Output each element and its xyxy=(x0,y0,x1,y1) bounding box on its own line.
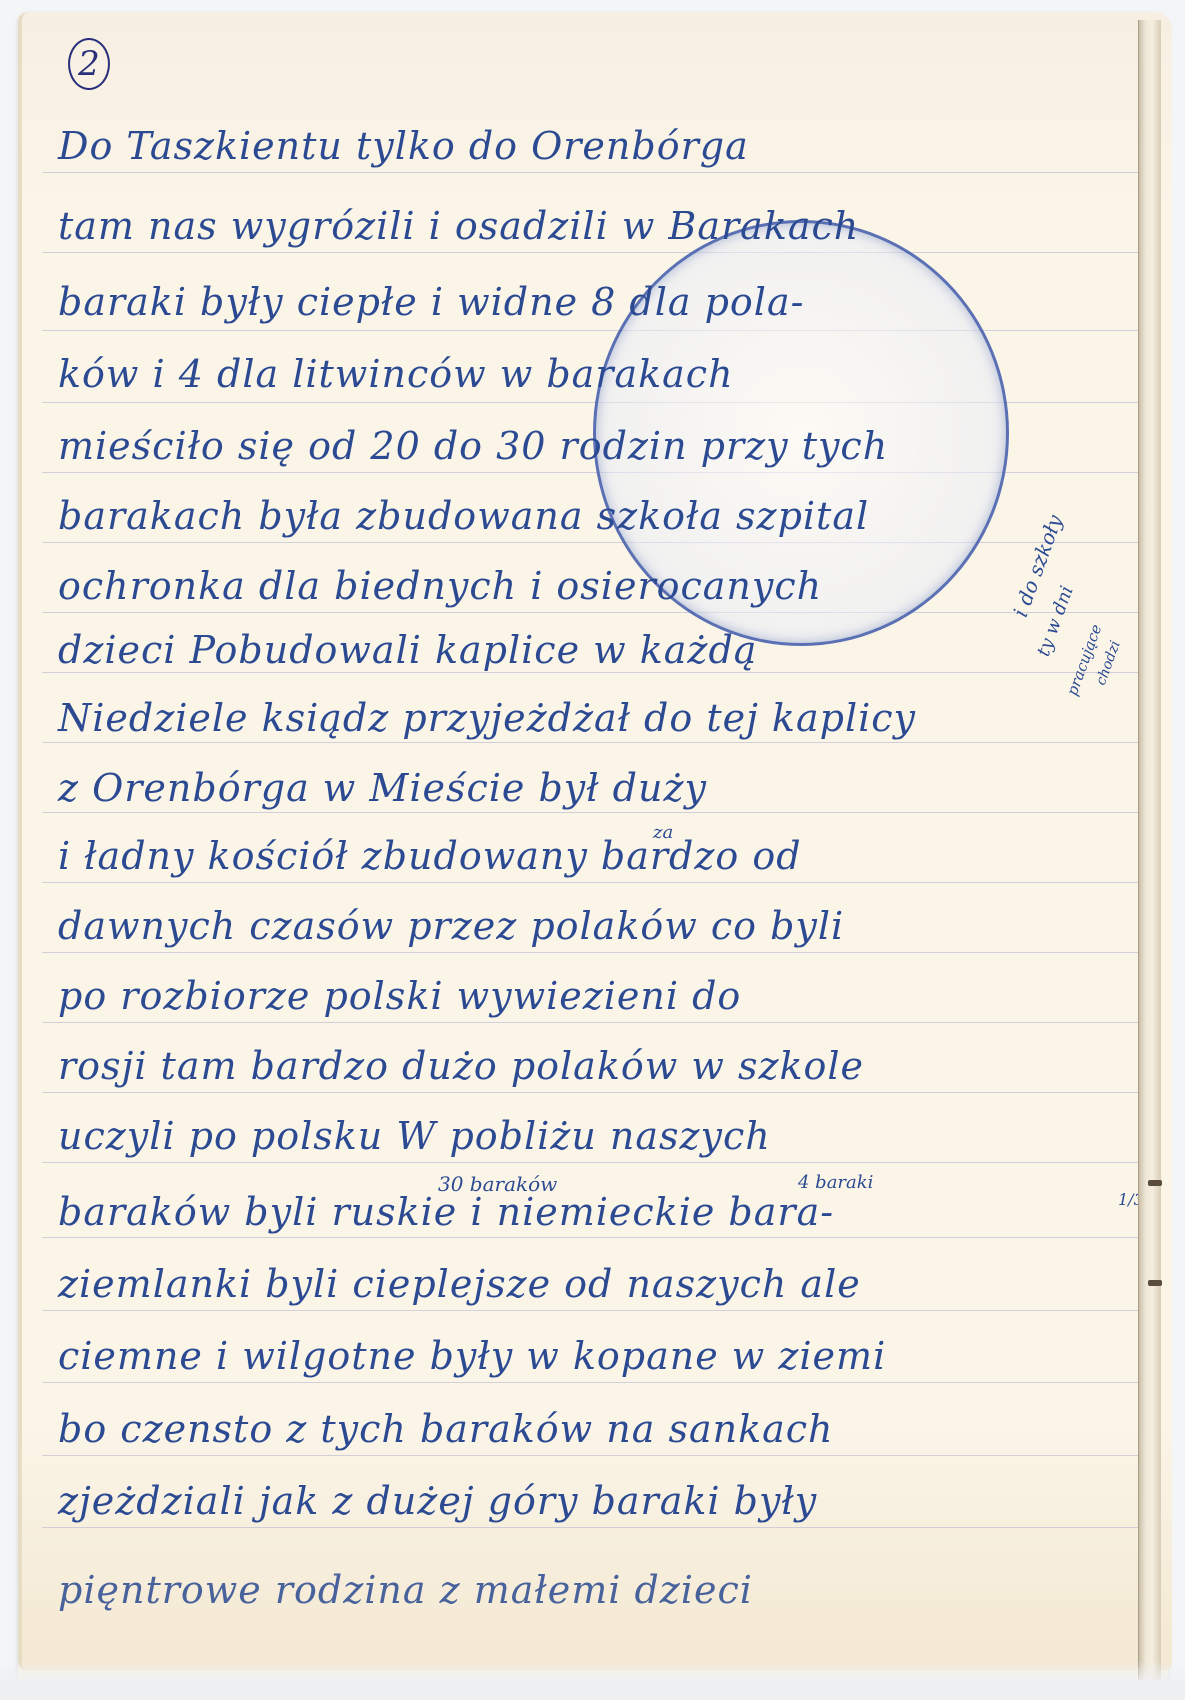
ruled-line xyxy=(42,1237,1152,1238)
text-line: ochronka dla biednych i osierocanych xyxy=(58,564,822,608)
text-line: bo czensto z tych baraków na sankach xyxy=(58,1407,834,1451)
text-line: uczyli po polsku W pobliżu naszych xyxy=(58,1114,771,1158)
text-line: zjeżdziali jak z dużej góry baraki były xyxy=(58,1479,817,1523)
text-line: ków i 4 dla litwinców w barakach xyxy=(58,352,734,396)
ruled-line xyxy=(42,252,1152,253)
ruled-line xyxy=(42,1455,1152,1456)
text-line: ziemlanki byli cieplejsze od naszych ale xyxy=(58,1262,861,1306)
text-line: mieściło się od 20 do 30 rodzin przy tyc… xyxy=(58,424,888,468)
ruled-line xyxy=(42,330,1152,331)
ruled-line xyxy=(42,1310,1152,1311)
ruled-line xyxy=(42,742,1152,743)
text-line: ciemne i wilgotne były w kopane w ziemi xyxy=(58,1334,886,1378)
staple xyxy=(1148,1180,1162,1186)
ruled-line xyxy=(42,1527,1152,1528)
ruled-line xyxy=(42,1092,1152,1093)
text-line: po rozbiorze polski wywiezieni do xyxy=(58,974,741,1018)
interlinear-note: 30 baraków xyxy=(438,1172,557,1196)
ruled-line xyxy=(42,542,1152,543)
staple xyxy=(1148,1280,1162,1286)
text-line: dzieci Pobudowali kaplice w każdą xyxy=(58,628,757,672)
text-line: rosji tam bardzo dużo polaków w szkole xyxy=(58,1044,864,1088)
ruled-line xyxy=(42,812,1152,813)
text-line: barakach była zbudowana szkoła szpital xyxy=(58,494,869,538)
text-line: baraki były ciepłe i widne 8 dla pola- xyxy=(58,280,804,324)
ruled-line xyxy=(42,1022,1152,1023)
text-line: i ładny kościół zbudowany bardzo od xyxy=(58,834,802,878)
text-line: baraków byli ruskie i niemieckie bara- xyxy=(58,1190,834,1234)
text-line: z Orenbórga w Mieście był duży xyxy=(58,766,707,810)
ruled-line xyxy=(42,612,1152,613)
text-line: Niedziele ksiądz przyjeżdżał do tej kapl… xyxy=(58,696,916,740)
scan-background xyxy=(0,1660,1185,1700)
text-line: dawnych czasów przez polaków co byli xyxy=(58,904,844,948)
ruled-line xyxy=(42,672,1152,673)
interlinear-note: 4 baraki xyxy=(798,1172,873,1193)
ruled-line xyxy=(42,1162,1152,1163)
ruled-line xyxy=(42,172,1152,173)
text-line: Do Taszkientu tylko do Orenbórga xyxy=(58,124,749,168)
notebook-page: 2 Do Taszkientu tylko do Orenbórga tam n… xyxy=(18,12,1168,1700)
ruled-line xyxy=(42,952,1152,953)
interlinear-note: za xyxy=(653,822,673,843)
notebook-spine xyxy=(1138,20,1161,1680)
page-number: 2 xyxy=(68,38,110,90)
text-line: pięntrowe rodzina z małemi dzieci xyxy=(58,1568,753,1612)
text-line: tam nas wygrózili i osadzili w Barakach xyxy=(58,204,859,248)
ruled-line xyxy=(42,882,1152,883)
ruled-line xyxy=(42,1382,1152,1383)
